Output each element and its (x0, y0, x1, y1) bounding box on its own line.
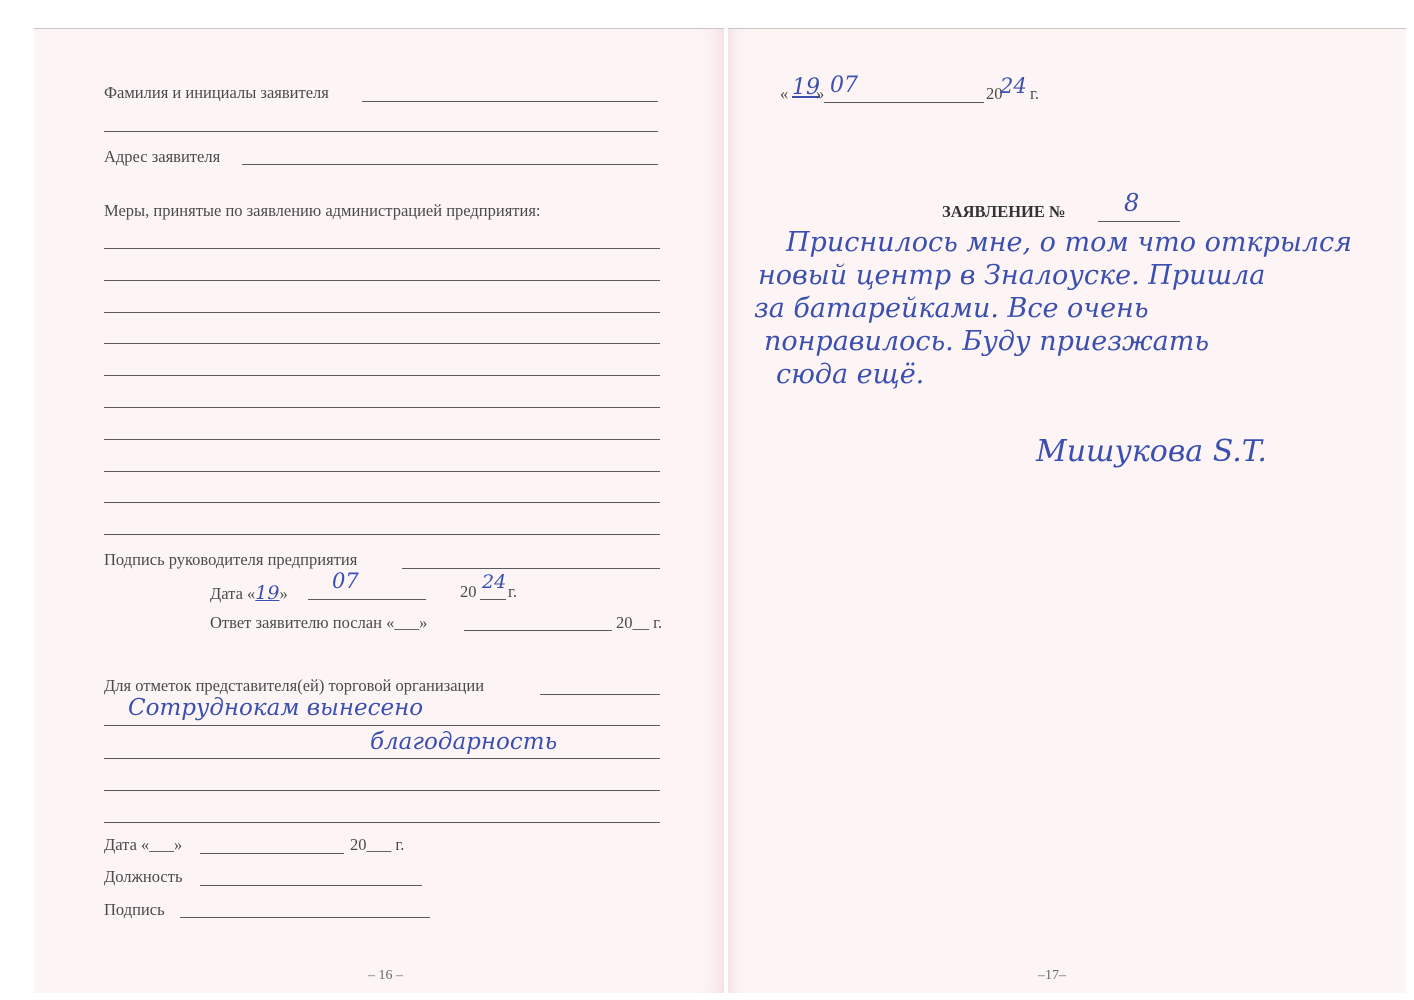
org-notes-line-1[interactable] (104, 725, 660, 726)
reply-month-field[interactable] (464, 630, 612, 631)
statement-line: сюда ещё. (776, 359, 924, 390)
statement-title: ЗАЯВЛЕНИЕ № (942, 202, 1066, 222)
applicant-address-field[interactable] (242, 164, 658, 165)
reply-year: 20__ г. (616, 613, 662, 633)
org-notes-handwritten-1: Сотруднокам вынесено (128, 695, 423, 721)
measures-line[interactable] (104, 343, 660, 344)
signature-field[interactable] (180, 917, 430, 918)
measures-line[interactable] (104, 280, 660, 281)
org-notes-label: Для отметок представителя(ей) торговой о… (104, 676, 484, 696)
measures-line[interactable] (104, 502, 660, 503)
bottom-date-month-field[interactable] (200, 853, 344, 854)
org-notes-field[interactable] (540, 694, 660, 695)
right-year-suffix: г. (1030, 84, 1039, 104)
measures-line[interactable] (104, 534, 660, 535)
statement-number: 8 (1124, 189, 1139, 217)
right-date-year: 24 (1000, 74, 1027, 98)
date-year-field[interactable] (480, 599, 506, 600)
statement-line: Приснилось мне, о том что открылся (786, 227, 1352, 258)
org-notes-line-2[interactable] (104, 758, 660, 759)
measures-line[interactable] (104, 248, 660, 249)
page-number-17: –17– (1038, 968, 1066, 984)
right-page: « 19 » 07 20 24 г. ЗАЯВЛЕНИЕ № 8 Приснил… (728, 28, 1406, 993)
right-date-close-quote: » (816, 84, 824, 104)
date-year-suffix: г. (508, 582, 517, 602)
position-label: Должность (104, 867, 182, 887)
right-date-month-field[interactable] (824, 102, 984, 103)
measures-label: Меры, принятые по заявлению администраци… (104, 201, 541, 221)
page-number-16: – 16 – (368, 968, 403, 984)
statement-line: понравилось. Буду приезжать (764, 326, 1209, 357)
date-day-value[interactable]: 19 (255, 582, 279, 604)
manager-signature-field[interactable] (402, 568, 660, 569)
org-notes-line-3[interactable] (104, 790, 660, 791)
right-date-open-quote: « (780, 84, 788, 104)
applicant-name-field[interactable] (362, 101, 658, 102)
right-date-month: 07 (830, 73, 858, 98)
date-month-value: 07 (332, 569, 359, 593)
bottom-date-label: Дата «___» (104, 835, 182, 855)
statement-number-field[interactable] (1098, 221, 1180, 222)
date-label: Дата «19» (210, 582, 288, 604)
statement-line: за батарейками. Все очень (754, 293, 1149, 324)
applicant-name-label: Фамилия и инициалы заявителя (104, 83, 329, 103)
position-field[interactable] (200, 885, 422, 886)
date-month-field[interactable] (308, 599, 426, 600)
measures-line[interactable] (104, 375, 660, 376)
reply-sent-label: Ответ заявителю послан «___» (210, 613, 427, 633)
left-page: Фамилия и инициалы заявителя Адрес заяви… (34, 28, 724, 993)
manager-signature-label: Подпись руководителя предприятия (104, 550, 357, 570)
statement-line: новый центр в Зналоуске. Пришла (758, 260, 1265, 291)
date-year-value: 24 (482, 571, 506, 593)
applicant-name-field-2[interactable] (104, 131, 658, 132)
measures-line[interactable] (104, 407, 660, 408)
org-notes-handwritten-2: благодарность (370, 729, 557, 755)
measures-line[interactable] (104, 439, 660, 440)
date-year-prefix: 20 (460, 582, 477, 602)
org-notes-line-4[interactable] (104, 822, 660, 823)
signature-label: Подпись (104, 900, 165, 920)
measures-line[interactable] (104, 312, 660, 313)
bottom-date-year: 20___ г. (350, 835, 404, 855)
applicant-signature: Мишукова S.T. (1036, 434, 1267, 469)
applicant-address-label: Адрес заявителя (104, 147, 220, 167)
measures-line[interactable] (104, 471, 660, 472)
